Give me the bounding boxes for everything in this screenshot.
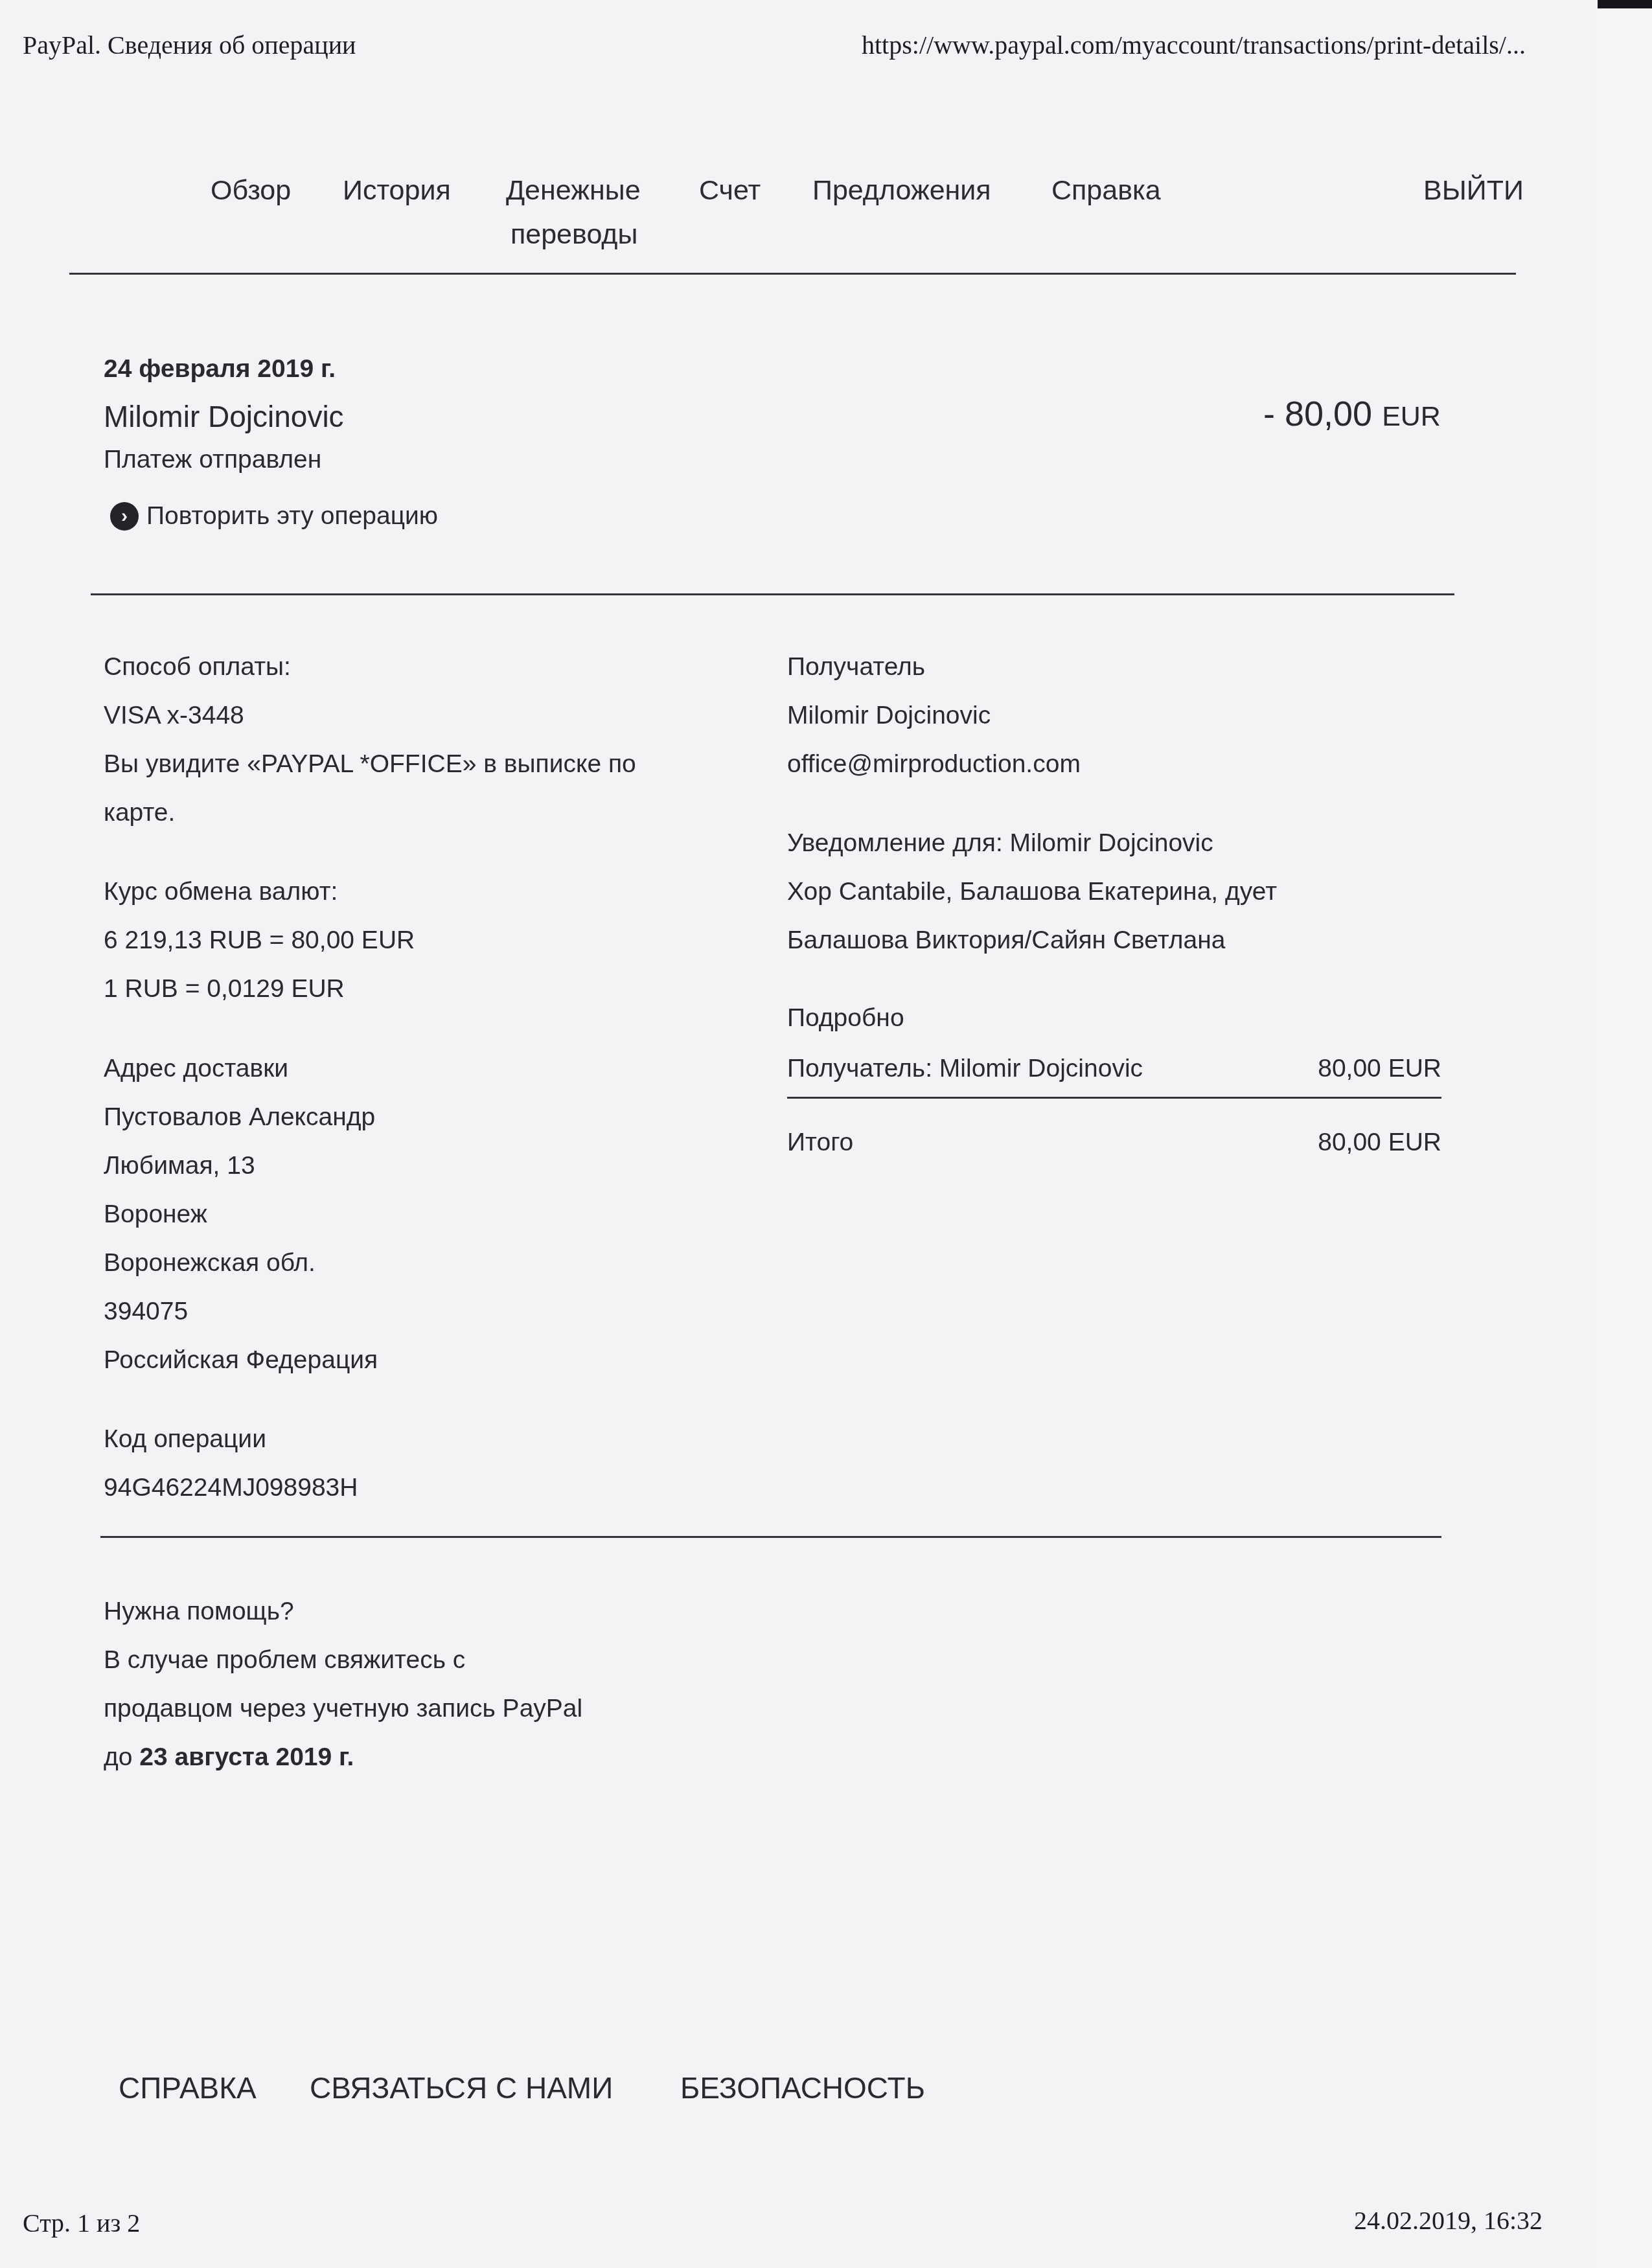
amount-value: - 80,00 <box>1263 395 1372 433</box>
print-datetime: 24.02.2019, 16:32 <box>1354 2205 1543 2236</box>
details-divider <box>787 1097 1441 1099</box>
transaction-amount: - 80,00 EUR <box>1263 394 1441 434</box>
exchange-rate: 1 RUB = 0,0129 EUR <box>104 975 345 1003</box>
logout-link[interactable]: ВЫЙТИ <box>1423 175 1524 207</box>
statement-note-line1: Вы увидите «PAYPAL *OFFICE» в выписке по <box>104 750 636 779</box>
transaction-status: Платеж отправлен <box>104 446 321 474</box>
transaction-id-value: 94G46224MJ098983H <box>104 1474 358 1502</box>
exchange-rate-label: Курс обмена валют: <box>104 878 338 906</box>
total-label: Итого <box>787 1128 853 1157</box>
print-header-url: https://www.paypal.com/myaccount/transac… <box>862 30 1526 60</box>
shipping-line: Воронежская обл. <box>104 1249 315 1277</box>
exchange-total: 6 219,13 RUB = 80,00 EUR <box>104 926 415 955</box>
nav-account[interactable]: Счет <box>699 175 761 207</box>
transaction-date: 24 февраля 2019 г. <box>104 355 336 384</box>
nav-history[interactable]: История <box>343 175 451 207</box>
nav-offers[interactable]: Предложения <box>812 175 991 207</box>
print-header-title: PayPal. Сведения об операции <box>23 30 356 60</box>
amount-currency: EUR <box>1382 401 1441 432</box>
recipient-email[interactable]: office@mirproduction.com <box>787 750 1081 779</box>
shipping-line: Пустовалов Александр <box>104 1103 375 1132</box>
payment-method-label: Способ оплаты: <box>104 653 291 682</box>
help-deadline-date: 23 августа 2019 г. <box>139 1743 354 1771</box>
recipient-name: Milomir Dojcinovic <box>787 702 991 730</box>
footer-security-link[interactable]: БЕЗОПАСНОСТЬ <box>680 2070 925 2105</box>
shipping-address-label: Адрес доставки <box>104 1055 288 1083</box>
repeat-transaction-label[interactable]: Повторить эту операцию <box>146 502 438 531</box>
help-deadline-prefix: до <box>104 1743 132 1771</box>
repeat-transaction-link[interactable]: › Повторить эту операцию <box>110 502 438 531</box>
footer-help-link[interactable]: СПРАВКА <box>119 2070 257 2105</box>
print-page-number: Стр. 1 из 2 <box>23 2208 140 2238</box>
recipient-label: Получатель <box>787 653 925 682</box>
details-bottom-divider <box>100 1536 1441 1538</box>
help-line3: до 23 августа 2019 г. <box>104 1743 354 1772</box>
details-total: Итого 80,00 EUR <box>787 1128 1441 1157</box>
summary-divider <box>91 593 1454 595</box>
shipping-line: Воронеж <box>104 1200 207 1229</box>
nav-help[interactable]: Справка <box>1051 175 1161 207</box>
payment-card: VISA x-3448 <box>104 702 244 730</box>
shipping-line: Любимая, 13 <box>104 1152 255 1180</box>
nav-divider <box>69 273 1516 275</box>
note-line2: Балашова Виктория/Сайян Светлана <box>787 926 1225 955</box>
nav-overview[interactable]: Обзор <box>211 175 291 207</box>
line-item-label: Получатель: Milomir Dojcinovic <box>787 1055 1143 1083</box>
shipping-line: 394075 <box>104 1298 188 1326</box>
scanner-edge <box>1597 0 1652 2268</box>
footer-contact-link[interactable]: СВЯЗАТЬСЯ С НАМИ <box>310 2070 613 2105</box>
help-line1: В случае проблем свяжитесь с <box>104 1646 465 1675</box>
help-title: Нужна помощь? <box>104 1598 294 1626</box>
chevron-right-circle-icon: › <box>110 502 139 531</box>
details-line-item: Получатель: Milomir Dojcinovic 80,00 EUR <box>787 1055 1441 1083</box>
shipping-line: Российская Федерация <box>104 1346 378 1375</box>
nav-money-transfers[interactable]: Денежные <box>506 175 641 207</box>
details-label: Подробно <box>787 1004 904 1033</box>
transaction-id-label: Код операции <box>104 1425 266 1454</box>
statement-note-line2: карте. <box>104 799 175 827</box>
note-label: Уведомление для: Milomir Dojcinovic <box>787 829 1213 858</box>
help-line2: продавцом через учетную запись PayPal <box>104 1695 582 1723</box>
counterparty-name: Milomir Dojcinovic <box>104 399 344 434</box>
line-item-amount: 80,00 EUR <box>1318 1055 1441 1083</box>
total-amount: 80,00 EUR <box>1318 1128 1441 1157</box>
nav-money-transfers-line2[interactable]: переводы <box>511 219 637 251</box>
note-line1: Хор Cantabile, Балашова Екатерина, дует <box>787 878 1277 906</box>
scanner-edge-bar <box>1598 0 1652 8</box>
